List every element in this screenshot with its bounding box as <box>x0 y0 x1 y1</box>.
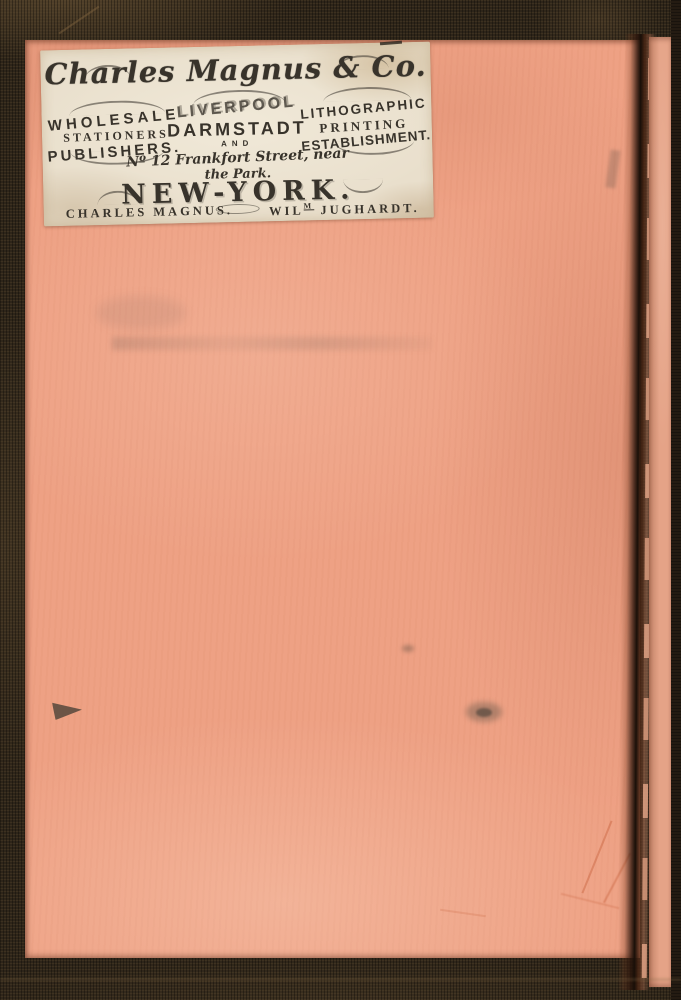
ghost-stain <box>96 296 186 330</box>
right-cloth-edge <box>671 0 681 1000</box>
cloth-fold-line <box>0 978 681 981</box>
ghost-text-offset <box>112 337 432 350</box>
ink-smudge <box>476 708 492 717</box>
signature-jughardt-superscript: M <box>304 201 315 210</box>
hinge-paper-strip <box>649 37 672 987</box>
book-cover-scan: Charles Magnus & Co. WHOLESALE STATIONER… <box>0 0 681 1000</box>
cloth-seam <box>59 6 100 34</box>
signature-jughardt-pre: WIL <box>269 204 304 219</box>
label-signature-jughardt: WILM JUGHARDT. <box>269 199 420 219</box>
ink-smudge <box>402 645 414 652</box>
label-signature-charles-magnus: CHARLES MAGNUS. <box>66 203 234 222</box>
signature-jughardt-post: JUGHARDT. <box>314 201 420 217</box>
label-line-and: AND <box>221 139 254 149</box>
label-corner-mark <box>380 41 402 46</box>
publisher-label: Charles Magnus & Co. WHOLESALE STATIONER… <box>40 42 434 227</box>
label-line-darmstadt: DARMSTADT <box>167 117 307 141</box>
